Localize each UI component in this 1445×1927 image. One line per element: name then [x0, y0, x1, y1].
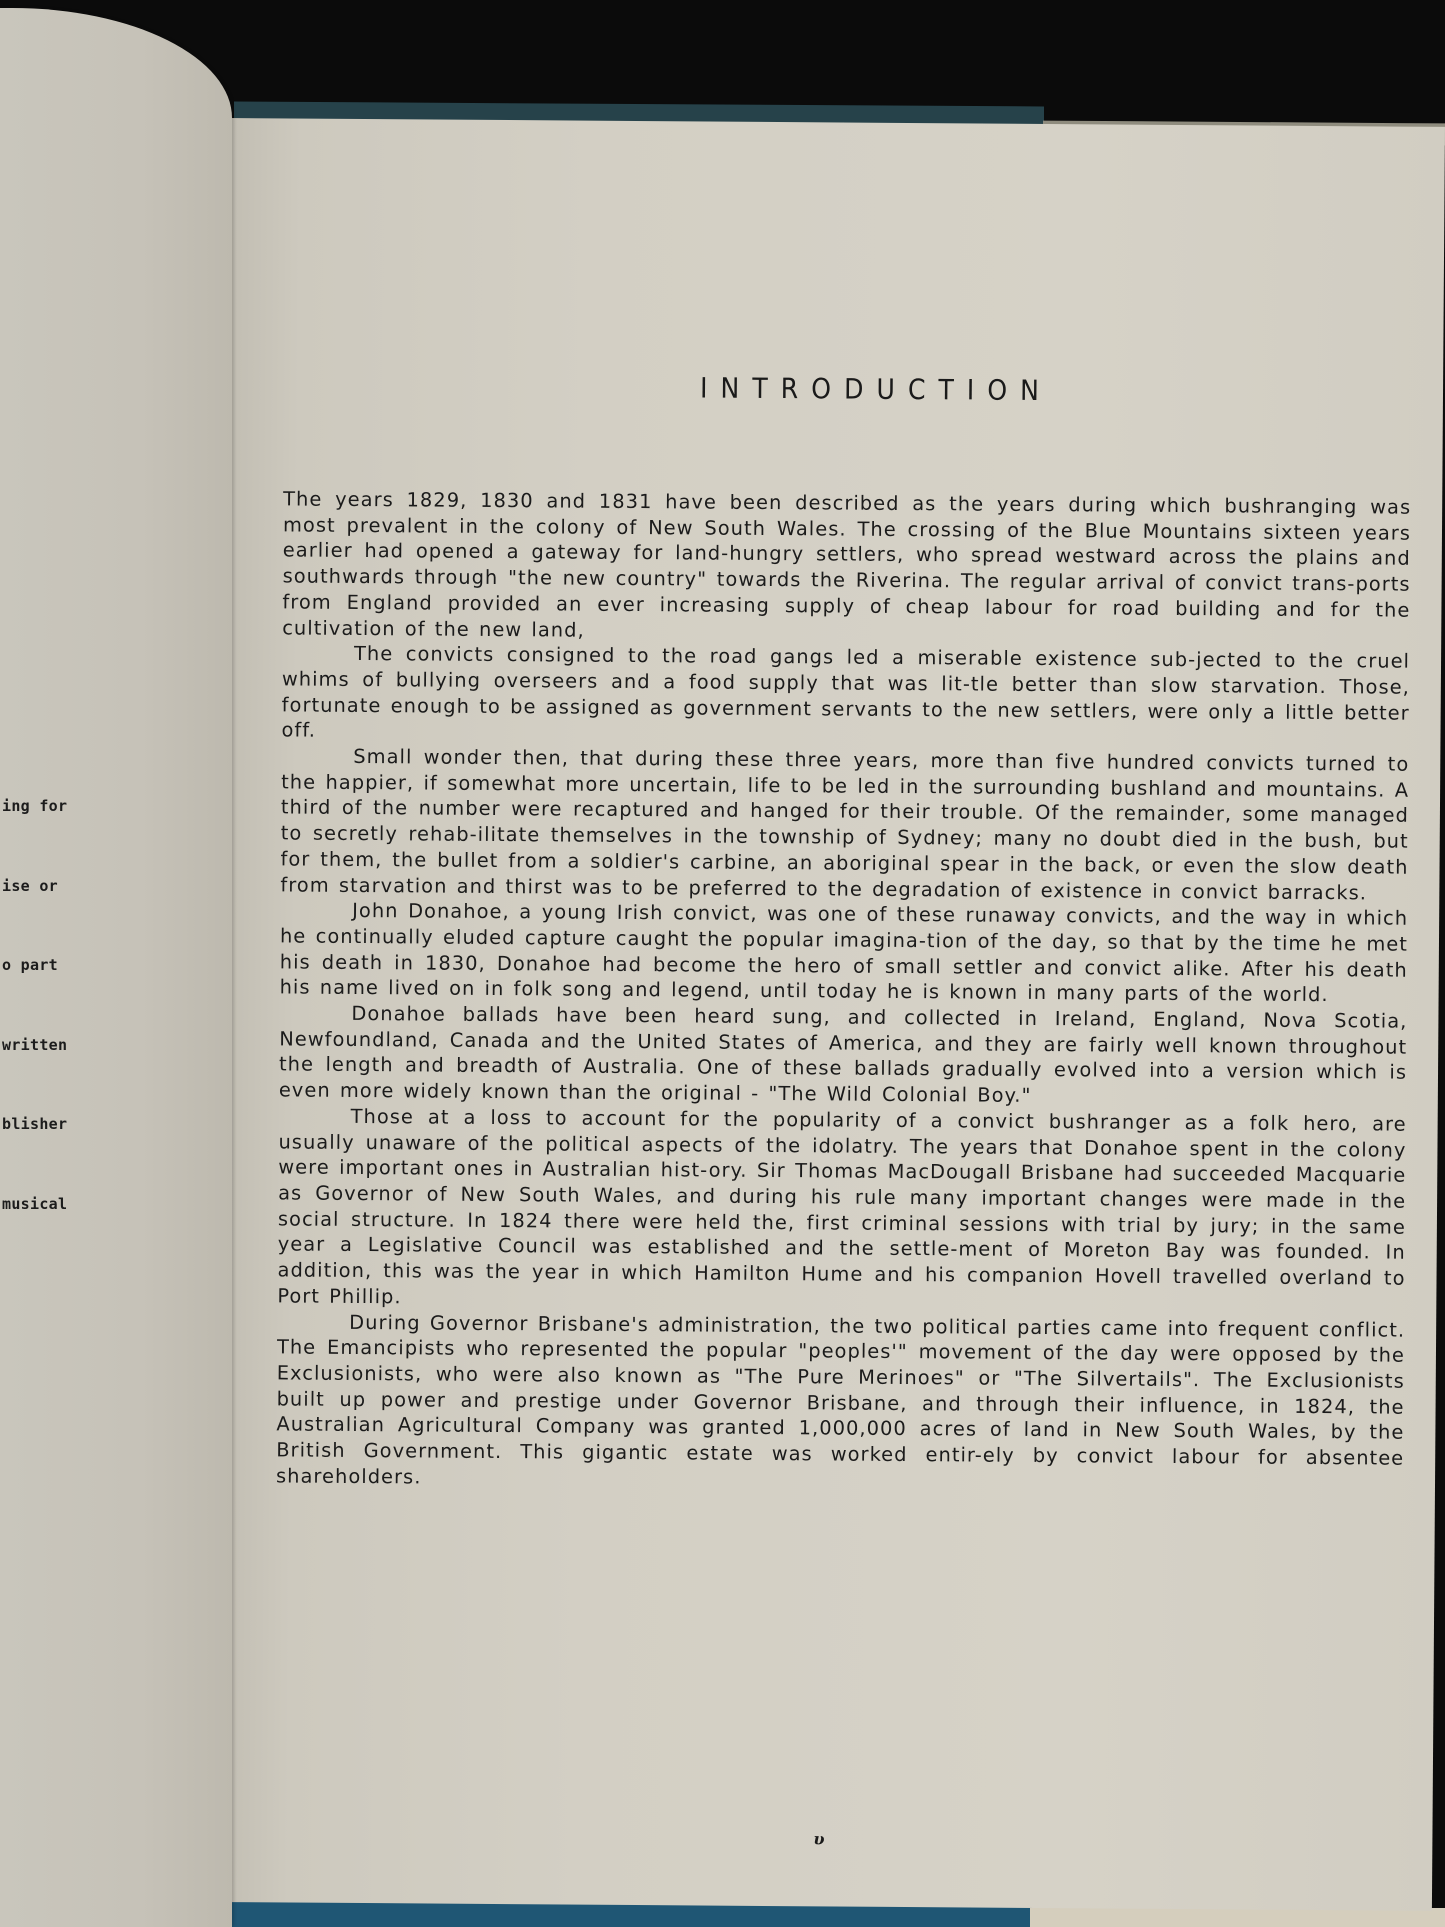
left-fragment-line: o part: [2, 952, 67, 979]
left-fragment-line: musical: [2, 1191, 67, 1218]
body-text: The years 1829, 1830 and 1831 have been …: [276, 486, 1411, 1497]
page-number: υ: [813, 1829, 824, 1848]
left-fragment-line: blisher: [2, 1111, 67, 1138]
left-fragment-line: ise or: [2, 873, 67, 900]
paragraph-6: Those at a loss to account for the popul…: [277, 1103, 1406, 1317]
paragraph-5: Donahoe ballads have been heard sung, an…: [279, 1000, 1408, 1111]
left-fragment-line: written: [2, 1032, 67, 1059]
book-page-bottom-edge-right: [1030, 1908, 1445, 1927]
paragraph-2: The convicts consigned to the road gangs…: [281, 641, 1410, 752]
page-title: INTRODUCTION: [676, 371, 1076, 407]
paragraph-7: During Governor Brisbane's administratio…: [276, 1309, 1405, 1497]
right-page: INTRODUCTION The years 1829, 1830 and 18…: [215, 118, 1445, 1911]
paragraph-4: John Donahoe, a young Irish convict, was…: [280, 898, 1409, 1009]
left-page-text-fragment: ing for ise or o part written blisher mu…: [2, 740, 67, 1270]
left-fragment-line: ing for: [2, 793, 67, 820]
paragraph-3: Small wonder then, that during these thr…: [280, 743, 1409, 905]
left-page: ing for ise or o part written blisher mu…: [0, 8, 232, 1927]
paragraph-1: The years 1829, 1830 and 1831 have been …: [282, 486, 1411, 648]
